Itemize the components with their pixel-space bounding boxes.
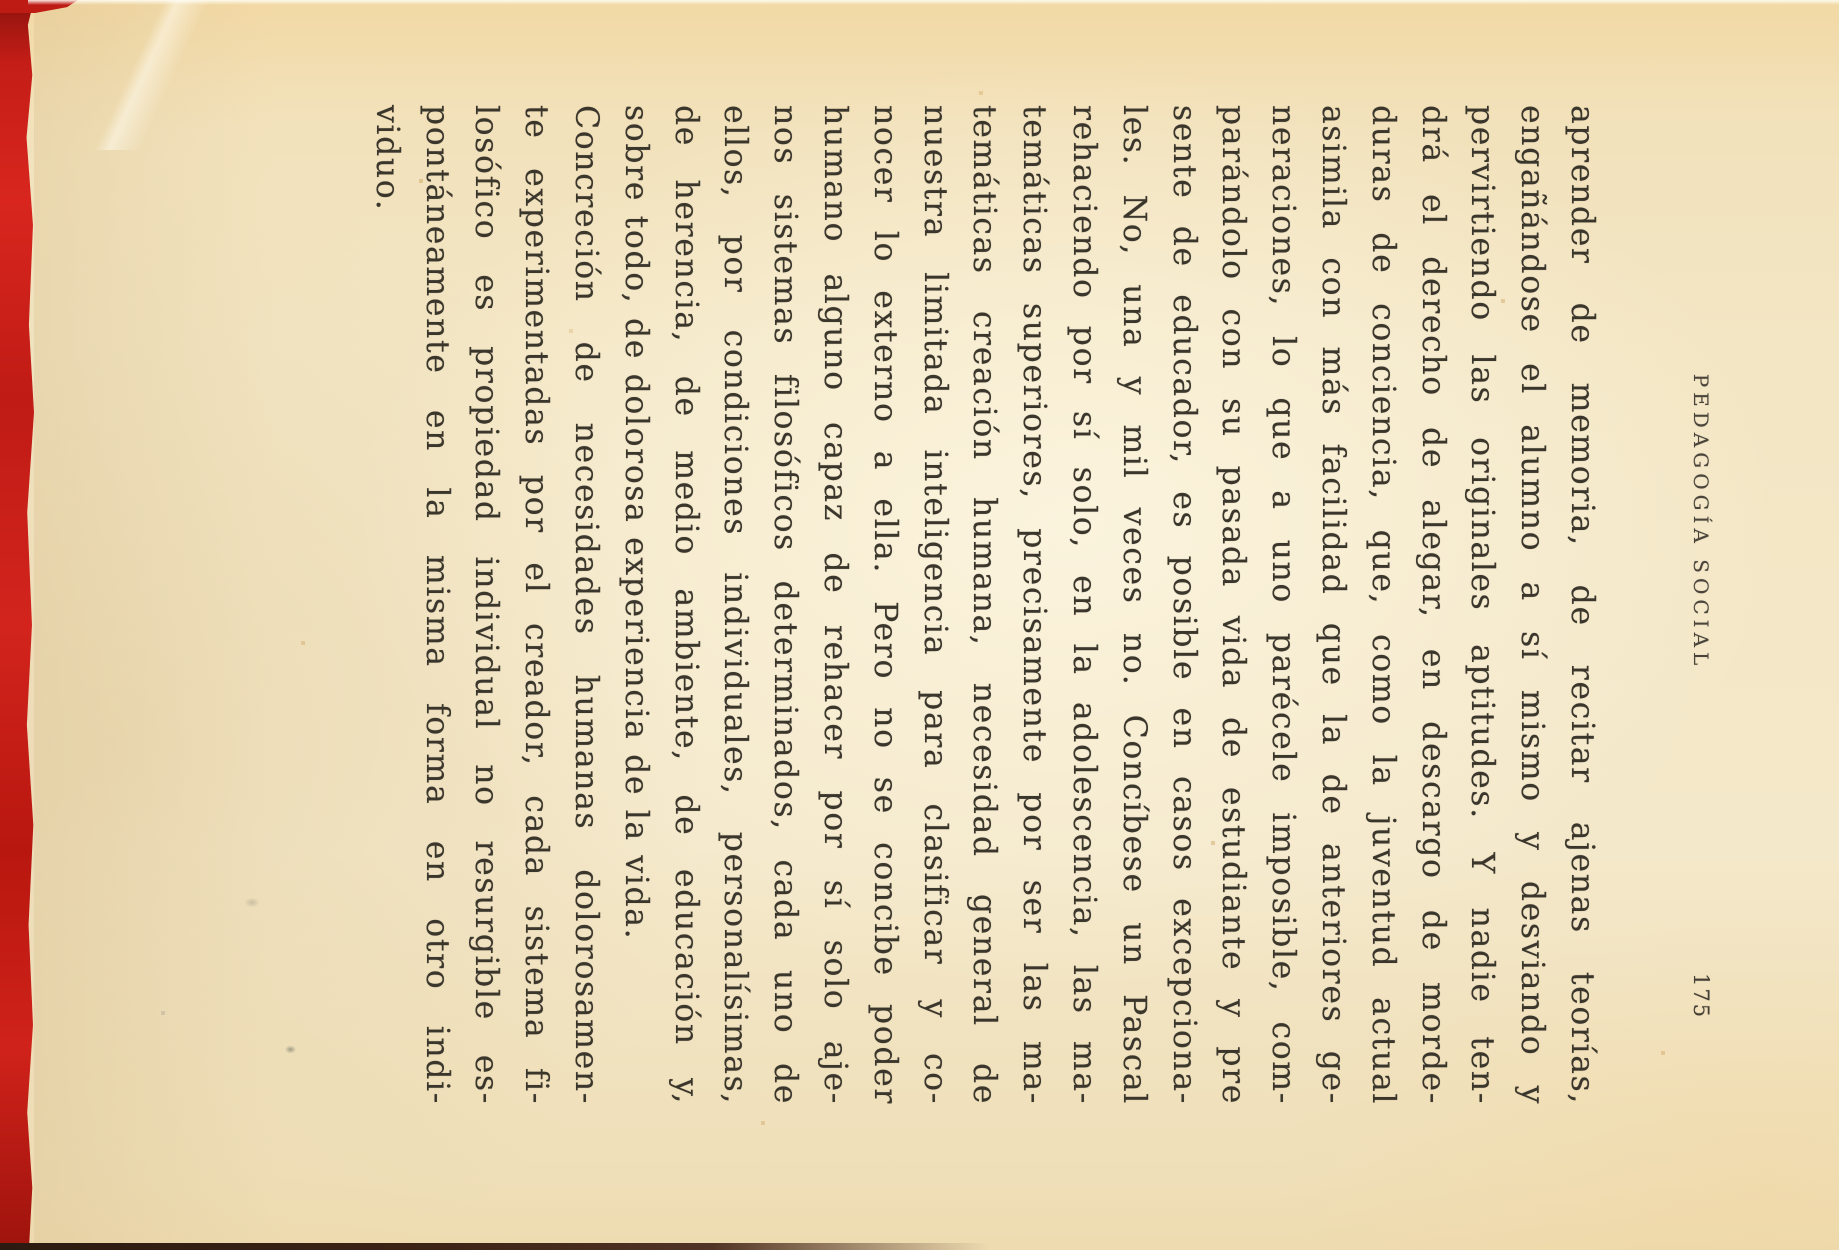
text-line: Concreción de necesidades humanas doloro…: [560, 105, 610, 1105]
text-line: nos sistemas filosóficos determinados, c…: [759, 105, 809, 1105]
book-scan: PEDAGOGÍA SOCIAL 175 aprender de memoria…: [0, 0, 1839, 1250]
rotated-page: PEDAGOGÍA SOCIAL 175 aprender de memoria…: [0, 0, 1839, 1250]
text-line: losófico es propiedad individual no resu…: [461, 105, 511, 1105]
text-line: engañándose el alumno a sí mismo y desvi…: [1506, 105, 1556, 1105]
text-line: temáticas creación humana, necesidad gen…: [959, 105, 1009, 1105]
text-line: pontáneamente en la misma forma en otro …: [411, 105, 461, 1105]
text-line: duras de conciencia, que, como la juvent…: [1357, 105, 1407, 1105]
page-top-edge-highlight: [28, 0, 1839, 5]
text-line: drá el derecho de alegar, en descargo de…: [1407, 105, 1457, 1105]
text-line: rehaciendo por sí solo, en la adolescenc…: [1058, 105, 1108, 1105]
paper-smudge: [242, 896, 262, 909]
text-line: ellos, por condiciones individuales, per…: [710, 105, 760, 1105]
text-line: sente de educador, es posible en casos e…: [1158, 105, 1208, 1105]
text-line: de herencia, de medio ambiente, de educa…: [660, 105, 710, 1105]
text-line: te experimentadas por el creador, cada s…: [510, 105, 560, 1105]
book-cover-red-edge: [0, 0, 34, 1250]
page-bottom-edge-shadow: [0, 1243, 990, 1250]
text-line: neraciones, lo que a uno parécele imposi…: [1257, 105, 1307, 1105]
text-line: nuestra limitada inteligencia para clasi…: [909, 105, 959, 1105]
running-title: PEDAGOGÍA SOCIAL: [1689, 374, 1713, 671]
text-line: temáticas superiores, precisamente por s…: [1008, 105, 1058, 1105]
paper-speckles: [0, 0, 2, 2]
running-head: PEDAGOGÍA SOCIAL 175: [1673, 105, 1713, 1105]
text-line: les. No, una y mil veces no. Concíbese u…: [1108, 105, 1158, 1105]
text-line-paragraph-end: viduo.: [361, 105, 411, 1105]
text-block: aprender de memoria, de recitar ajenas t…: [361, 105, 1606, 1105]
paper-smudge: [283, 1044, 298, 1055]
text-line: aprender de memoria, de recitar ajenas t…: [1556, 105, 1606, 1105]
page-number: 175: [1689, 973, 1713, 1019]
text-line: parándolo con su pasada vida de estudian…: [1208, 105, 1258, 1105]
text-line: pervirtiendo las originales aptitudes. Y…: [1457, 105, 1507, 1105]
text-line: nocer lo externo a ella. Pero no se conc…: [859, 105, 909, 1105]
text-line-paragraph-end: sobre todo, de dolorosa experiencia de l…: [610, 105, 660, 1105]
text-line: humano alguno capaz de rehacer por sí so…: [809, 105, 859, 1105]
text-line: asimila con más facilidad que la de ante…: [1307, 105, 1357, 1105]
